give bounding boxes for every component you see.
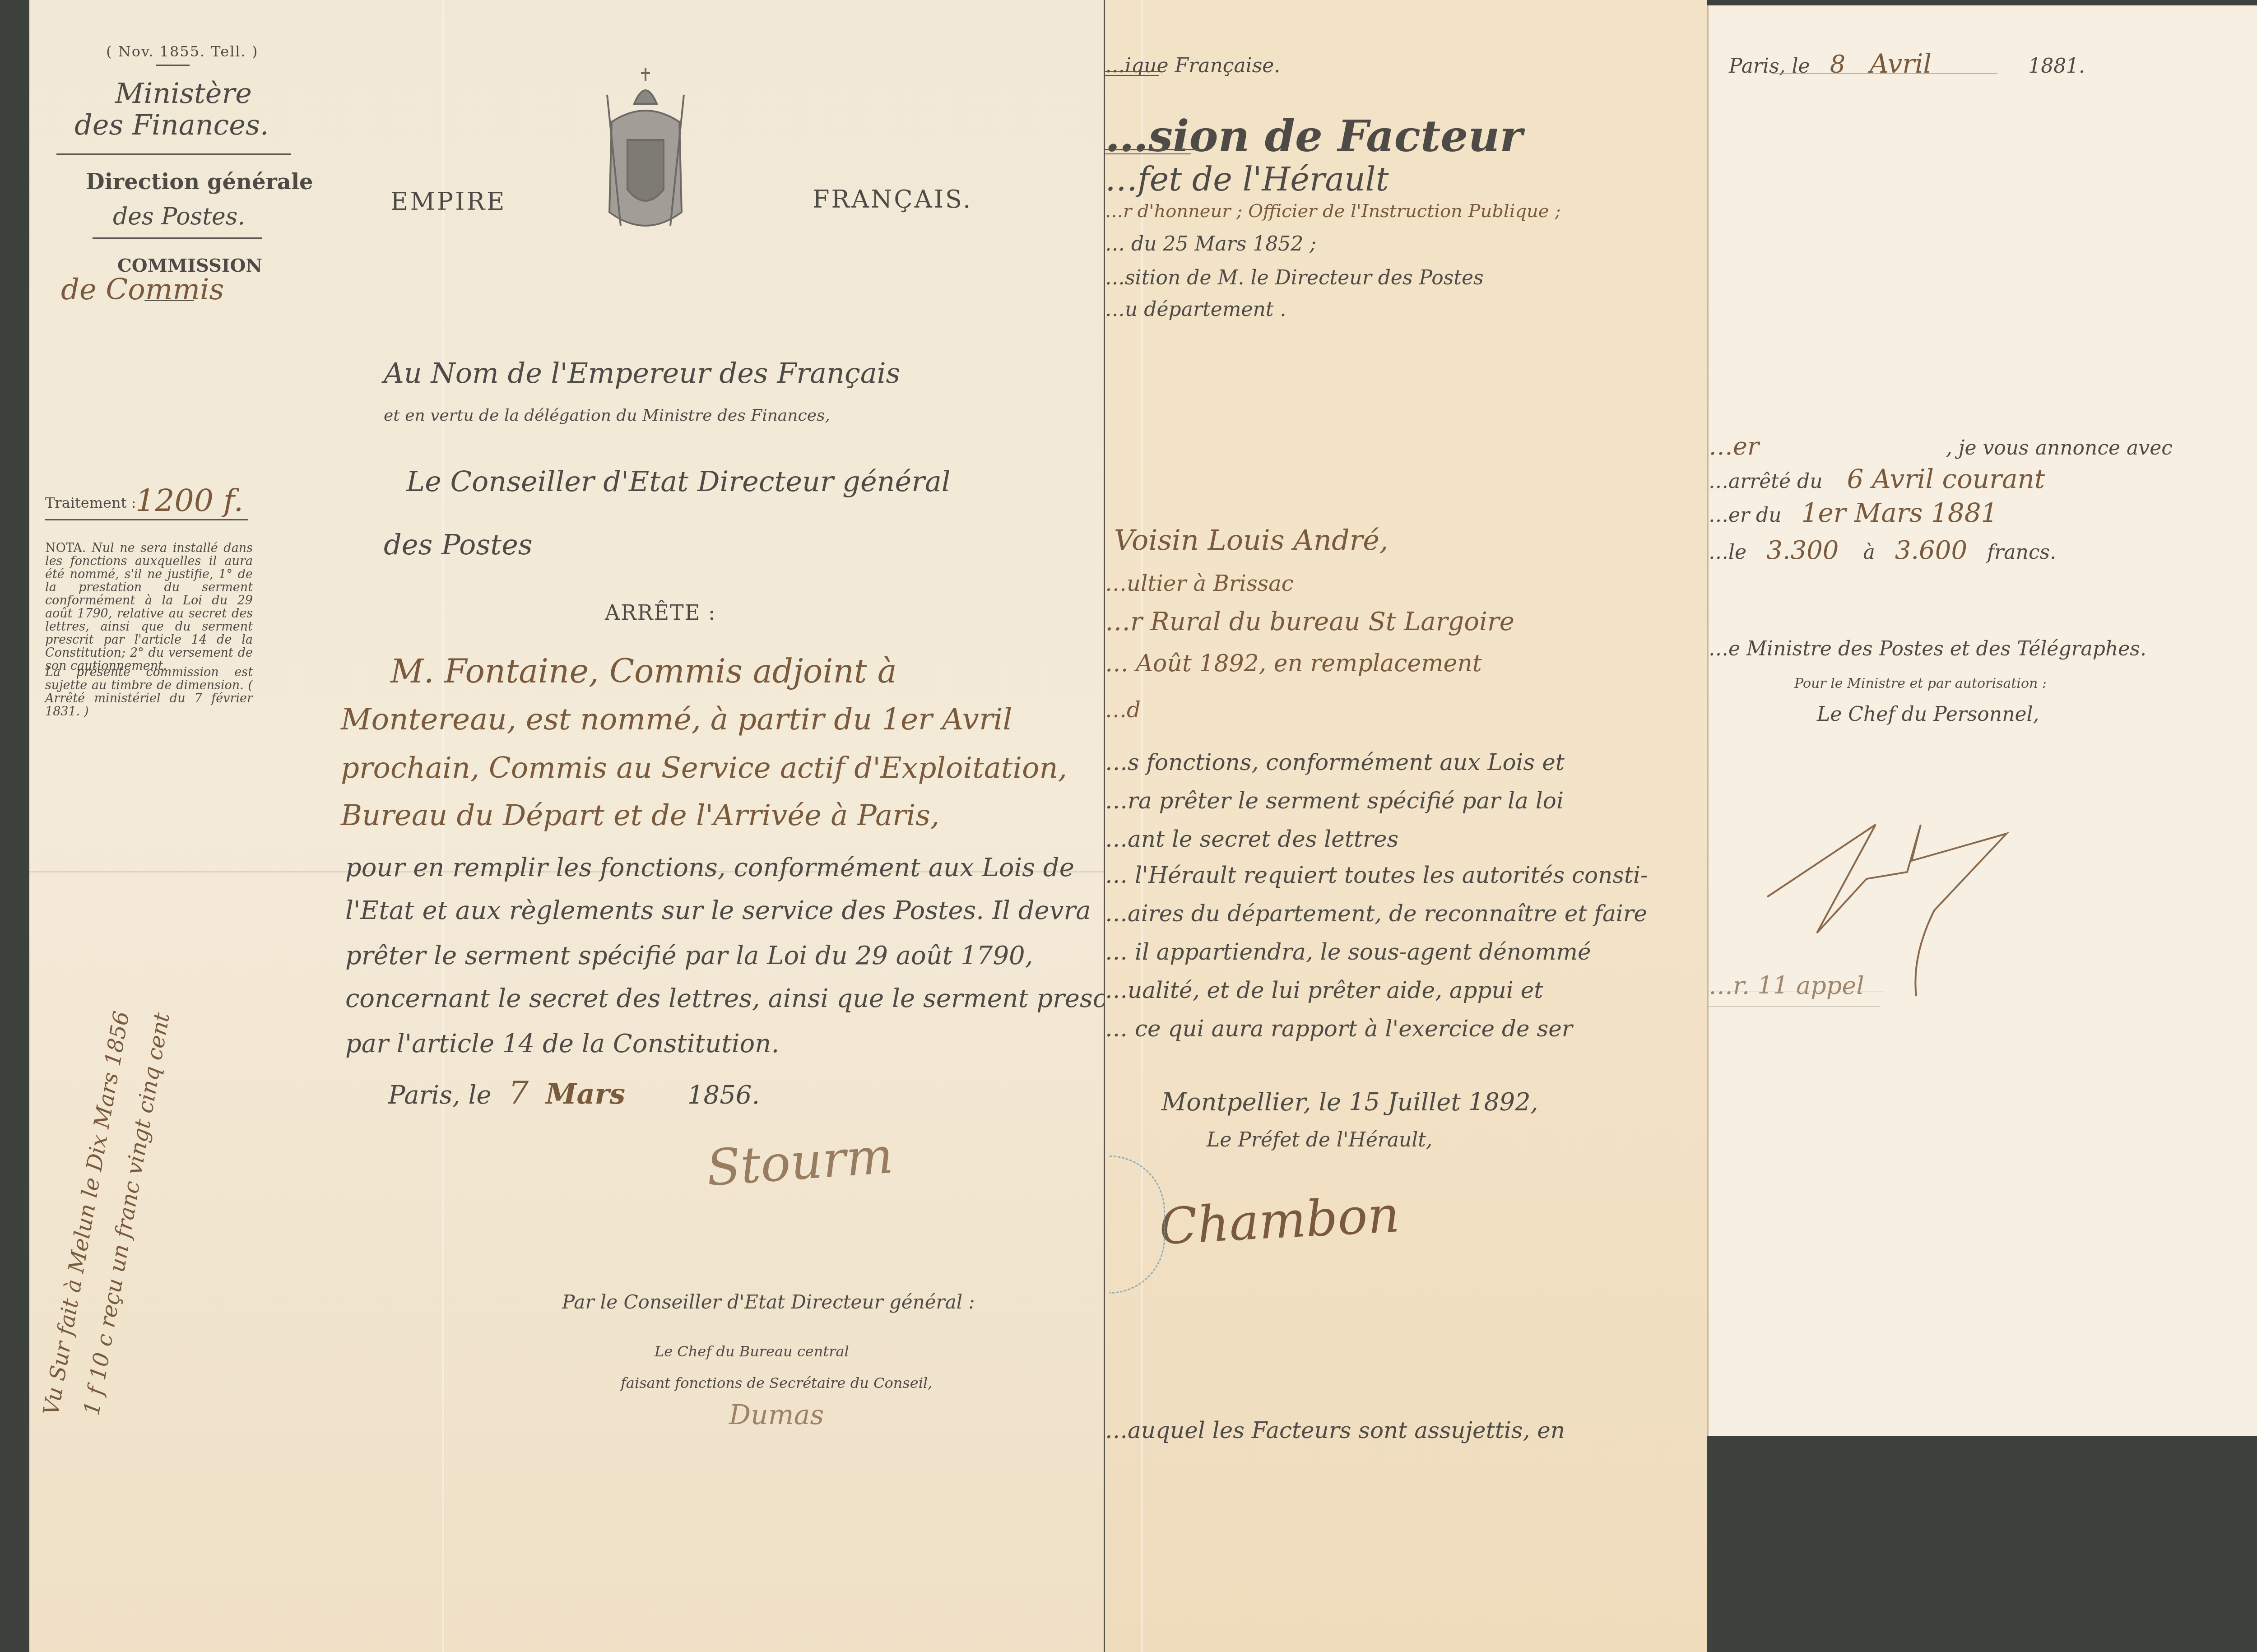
announce-line: …er , je vous annonce avec — [1709, 432, 2173, 460]
preamble-line2: et en vertu de la délégation du Ministre… — [384, 406, 830, 425]
line1-fragment: …er — [1709, 432, 1759, 460]
body-line2: …ra prêter le serment spécifié par la lo… — [1105, 788, 1564, 814]
header-empire: EMPIRE — [390, 187, 506, 216]
footer-rule — [1709, 992, 1885, 992]
body-printed-line1: pour en remplir les fonctions, conformém… — [345, 853, 1074, 882]
date-month: Avril — [1870, 48, 1932, 79]
date-prefix: Paris, le — [388, 1081, 492, 1110]
body-line8: … ce qui aura rapport à l'exercice de se… — [1105, 1016, 1573, 1042]
issuer-fragment: …fet de l'Hérault — [1105, 160, 1389, 198]
appointee-position: …r Rural du bureau St Largoire — [1105, 607, 1514, 636]
body-line6: … il appartiendra, le sous-agent dénommé — [1105, 939, 1591, 965]
header-fragment: …ique Française. — [1105, 54, 1280, 77]
authorization-line: Pour le Ministre et par autorisation : — [1794, 676, 2047, 691]
issue-date: Paris, le 7 Mars 1856. — [388, 1074, 760, 1111]
ministry-line2: des Finances. — [74, 108, 269, 141]
salary-mid: à — [1863, 541, 1875, 564]
body-printed-line3: prêter le serment spécifié par la Loi du… — [345, 941, 1033, 970]
double-rule — [1105, 153, 1191, 154]
signature-secretary: Dumas — [729, 1399, 824, 1431]
line1-text: , je vous annonce avec — [1946, 436, 2173, 459]
header-francais: FRANÇAIS. — [813, 185, 972, 213]
letter-date: Paris, le 8 Avril 1881. — [1729, 48, 2085, 79]
issuer-title-line1: …r d'honneur ; Officier de l'Instruction… — [1105, 201, 1561, 222]
stamp-duty-note: La présente commission est sujette au ti… — [45, 666, 253, 718]
body-handwritten-line3: prochain, Commis au Service actif d'Expl… — [341, 752, 1067, 785]
date-year: 1856. — [687, 1081, 760, 1110]
issuer-line2: des Postes — [384, 528, 533, 561]
commission-value: de Commis — [61, 273, 224, 306]
countersign-line2: Le Chef du Bureau central — [655, 1343, 849, 1360]
appointee-extra: …d — [1105, 697, 1141, 723]
double-rule — [1105, 71, 1159, 72]
body-printed-line2: l'Etat et aux règlements sur le service … — [345, 896, 1091, 925]
line2-prefix: …arrêté du — [1709, 470, 1823, 493]
line4-prefix: …le — [1709, 541, 1746, 564]
line3-value: 1er Mars 1881 — [1802, 497, 1998, 528]
body-handwritten-line1: M. Fontaine, Commis adjoint à — [390, 652, 897, 690]
salary-label: Traitement : — [45, 494, 136, 511]
appointee-date-line: … Août 1892, en remplacement — [1105, 650, 1482, 677]
body-printed-line5: par l'article 14 de la Constitution. — [345, 1029, 779, 1058]
issuer-title-line3: …sition de M. le Directeur des Postes — [1105, 266, 1484, 289]
nota-label: NOTA. — [45, 541, 86, 555]
salary-from: 3.300 — [1766, 536, 1839, 565]
salary-to: 3.600 — [1895, 536, 1967, 565]
divider — [144, 300, 194, 301]
signature-director: Stourm — [705, 1127, 895, 1197]
signatory-title: Le Préfet de l'Hérault, — [1207, 1128, 1432, 1151]
salary-line: …le 3.300 à 3.600 francs. — [1709, 536, 2056, 565]
imperial-crest-icon — [603, 63, 688, 244]
line3-prefix: …er du — [1709, 504, 1782, 527]
date-year: 1881. — [2028, 55, 2085, 78]
document-middle-facteur-commission-1892: …ique Française. …sion de Facteur …fet d… — [1104, 0, 1707, 1652]
document-left-commission-1856: ( Nov. 1855. Tell. ) Ministère des Finan… — [29, 0, 1104, 1652]
ornamental-divider — [56, 153, 291, 155]
preamble-line1: Au Nom de l'Empereur des Français — [384, 357, 900, 390]
body-printed-line4: concernant le secret des lettres, ainsi … — [345, 984, 1137, 1013]
body-line3: …ant le secret des lettres — [1105, 826, 1398, 852]
body-handwritten-line4: Bureau du Départ et de l'Arrivée à Paris… — [341, 799, 939, 832]
date-day: 8 — [1830, 50, 1845, 79]
direction-line1: Direction générale — [86, 169, 313, 195]
form-code: ( Nov. 1855. Tell. ) — [106, 43, 258, 60]
body-line4: … l'Hérault requiert toutes les autorité… — [1105, 862, 1648, 888]
body-line7: …ualité, et de lui prêter aide, appui et — [1105, 977, 1543, 1003]
line2-value: 6 Avril courant — [1847, 464, 2045, 494]
date-underline — [1772, 73, 1997, 74]
issuer-title-line2: … du 25 Mars 1852 ; — [1105, 232, 1316, 255]
countersign-line1: Par le Conseiller d'Etat Directeur génér… — [562, 1291, 975, 1313]
date-day: 7 — [508, 1074, 529, 1111]
direction-line2: des Postes. — [113, 203, 245, 230]
document-right-letter-1881: Paris, le 8 Avril 1881. …er , je vous an… — [1707, 5, 2257, 1436]
chief-title: Le Chef du Personnel, — [1817, 703, 2039, 726]
issuer-line1: Le Conseiller d'Etat Directeur général — [406, 465, 951, 498]
salary-value: 1200 f. — [135, 483, 243, 519]
nota-block: NOTA. Nul ne sera installé dans les fonc… — [45, 542, 253, 673]
appointee-role-place: …ultier à Brissac — [1105, 571, 1294, 596]
salary-suffix: francs. — [1987, 541, 2056, 564]
double-rule — [1105, 149, 1204, 150]
divider — [93, 237, 262, 239]
arrete-line: …arrêté du 6 Avril courant — [1709, 464, 2045, 494]
minister-line: …e Ministre des Postes et des Télégraphe… — [1709, 637, 2146, 660]
body-line5: …aires du département, de reconnaître et… — [1105, 900, 1647, 927]
footer-rule — [1709, 1007, 1880, 1007]
body-handwritten-line2: Montereau, est nommé, à partir du 1er Av… — [341, 702, 1012, 737]
ministry-line1: Ministère — [115, 77, 252, 110]
date-month: Mars — [546, 1077, 625, 1110]
date-prefix: Paris, le — [1729, 55, 1810, 78]
nota-text: Nul ne sera installé dans les fonctions … — [45, 541, 253, 673]
appointee-name: Voisin Louis André, — [1114, 524, 1389, 557]
divider — [156, 65, 190, 66]
place-date: Montpellier, le 15 Juillet 1892, — [1161, 1088, 1538, 1116]
double-rule — [1105, 75, 1159, 76]
body-line1: …s fonctions, conformément aux Lois et — [1105, 749, 1565, 775]
effective-line: …er du 1er Mars 1881 — [1709, 497, 1997, 528]
footer-fragment: …auquel les Facteurs sont assujettis, en — [1105, 1417, 1565, 1443]
decree-heading: ARRÊTE : — [605, 600, 716, 625]
ornamental-divider — [45, 519, 248, 520]
footer-fragment: …r. 11 appel — [1709, 971, 1864, 1000]
countersign-line3: faisant fonctions de Secrétaire du Conse… — [621, 1374, 932, 1392]
prefect-signature: Chambon — [1158, 1185, 1401, 1256]
issuer-title-line4: …u département . — [1105, 298, 1286, 321]
